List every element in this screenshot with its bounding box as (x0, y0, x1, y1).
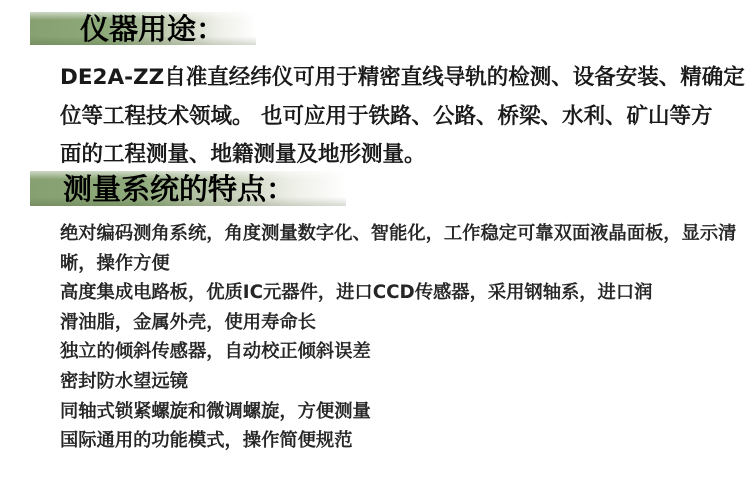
feature-item: 高度集成电路板，优质IC元器件，进口CCD传感器，采用钢轴系，进口润 滑油脂，金… (60, 278, 750, 337)
feature-item: 密封防水望远镜 (60, 367, 750, 397)
usage-paragraph-line: 位等工程技术领域。 也可应用于铁路、公路、桥梁、水利、矿山等方 (60, 98, 740, 137)
page: { "page": { "background": "#ffffff", "ac… (0, 0, 750, 481)
usage-paragraph-line: 面的工程测量、地籍测量及地形测量。 (60, 136, 740, 175)
feature-line: 晰，操作方便 (60, 249, 750, 279)
features-section-title: 测量系统的特点： (63, 173, 295, 204)
usage-paragraph-line: DE2A-ZZ自准直经纬仪可用于精密直线导轨的检测、设备安装、精确定 (60, 59, 740, 98)
usage-paragraph: DE2A-ZZ自准直经纬仪可用于精密直线导轨的检测、设备安装、精确定 位等工程技… (60, 59, 740, 175)
usage-header-bar: 仪器用途： (30, 12, 256, 45)
features-header-bar: 测量系统的特点： (30, 171, 346, 206)
feature-line: 密封防水望远镜 (60, 367, 750, 397)
features-list: 绝对编码测角系统，角度测量数字化、智能化，工作稳定可靠双面液晶面板，显示清 晰，… (60, 219, 750, 456)
feature-line: 独立的倾斜传感器，自动校正倾斜误差 (60, 337, 750, 367)
feature-item: 绝对编码测角系统，角度测量数字化、智能化，工作稳定可靠双面液晶面板，显示清 晰，… (60, 219, 750, 278)
feature-line: 同轴式锁紧螺旋和微调螺旋，方便测量 (60, 397, 750, 427)
usage-section-title: 仪器用途： (80, 13, 225, 44)
feature-item: 国际通用的功能模式，操作简便规范 (60, 426, 750, 456)
feature-line: 绝对编码测角系统，角度测量数字化、智能化，工作稳定可靠双面液晶面板，显示清 (60, 219, 750, 249)
feature-item: 独立的倾斜传感器，自动校正倾斜误差 (60, 337, 750, 367)
feature-line: 滑油脂，金属外壳，使用寿命长 (60, 308, 750, 338)
feature-item: 同轴式锁紧螺旋和微调螺旋，方便测量 (60, 397, 750, 427)
feature-line: 国际通用的功能模式，操作简便规范 (60, 426, 750, 456)
feature-line: 高度集成电路板，优质IC元器件，进口CCD传感器，采用钢轴系，进口润 (60, 278, 750, 308)
